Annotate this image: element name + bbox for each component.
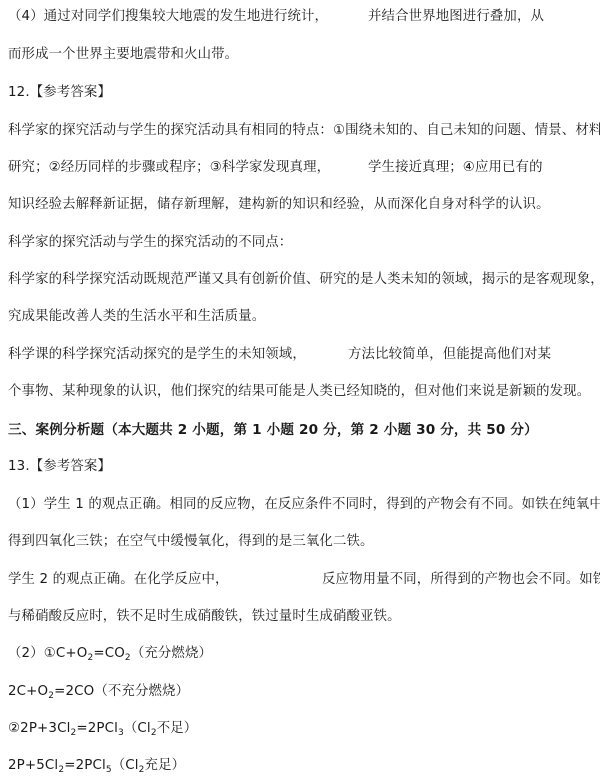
paragraph-line: 而形成一个世界主要地震带和火山带。 bbox=[8, 45, 238, 65]
paragraph-line: 科学家的科学探究活动既规范严谨又具有创新价值、研究的是人类未知的领域，揭示的是客… bbox=[8, 270, 600, 290]
paragraph-line: 究成果能改善人类的生活水平和生活质量。 bbox=[8, 307, 265, 327]
section-heading: 三、案例分析题（本大题共 2 小题，第 1 小题 20 分，第 2 小题 30 … bbox=[8, 420, 538, 440]
paragraph-line: 个事物、某种现象的认识，他们探究的结果可能是人类已经知晓的，但对他们来说是新颖的… bbox=[8, 382, 590, 402]
text-segment-right: 并结合世界地图进行叠加，从 bbox=[368, 7, 544, 27]
answer-label-13: 13.【参考答案】 bbox=[8, 457, 111, 477]
equation-note: （Cl bbox=[112, 758, 139, 773]
paragraph-line: 科学家的探究活动与学生的探究活动的不同点： bbox=[8, 233, 292, 253]
paragraph-line: 与稀硝酸反应时，铁不足时生成硝酸铁，铁过量时生成硝酸亚铁。 bbox=[8, 607, 401, 627]
text-segment-right: 方法比较简单，但能提高他们对某 bbox=[348, 345, 551, 365]
equation-text: =2CO（不充分燃烧） bbox=[54, 684, 189, 699]
document-page: （4）通过对同学们搜集较大地震的发生地进行统计， 并结合世界地图进行叠加，从 而… bbox=[0, 0, 600, 780]
paragraph-line: 科学家的探究活动与学生的探究活动具有相同的特点：①围绕未知的、自己未知的问题、情… bbox=[8, 121, 600, 141]
equation-prefix: ② bbox=[8, 721, 20, 736]
text-segment-left: 科学课的科学探究活动探究的是学生的未知领域， bbox=[8, 345, 306, 365]
equation-text: C+O bbox=[56, 646, 88, 661]
equation-note: 不足） bbox=[157, 721, 198, 736]
text-segment-left: 学生 2 的观点正确。在化学反应中， bbox=[8, 570, 229, 590]
text-segment-right: 学生接近真理；④应用已有的 bbox=[368, 158, 543, 178]
equation-text: =CO bbox=[93, 646, 125, 661]
text-segment-left: （4）通过对同学们搜集较大地震的发生地进行统计， bbox=[8, 7, 328, 27]
text-segment-left: 研究；②经历同样的步骤或程序；③科学家发现真理， bbox=[8, 158, 330, 178]
paragraph-line: （1）学生 1 的观点正确。相同的反应物，在反应条件不同时，得到的产物会有不同。… bbox=[8, 495, 600, 515]
paragraph-line: 知识经验去解释新证据，储存新理解，建构新的知识和经验，从而深化自身对科学的认识。 bbox=[8, 195, 550, 215]
equation-text: =2PCl bbox=[76, 721, 118, 736]
paragraph-line: 得到四氧化三铁；在空气中缓慢氧化，得到的是三氧化二铁。 bbox=[8, 532, 374, 552]
equation-text: 2P+3Cl bbox=[20, 721, 70, 736]
equation-text: 2P+5Cl bbox=[8, 758, 58, 773]
equation-text: 2C+O bbox=[8, 684, 48, 699]
answer-label-12: 12.【参考答案】 bbox=[8, 83, 111, 103]
equation-note: 充足） bbox=[145, 758, 186, 773]
equation-line-2: 2C+O2=2CO（不充分燃烧） bbox=[8, 682, 189, 702]
equation-line-4: 2P+5Cl2=2PCl5（Cl2充足） bbox=[8, 756, 185, 776]
equation-line-1: （2）①C+O2=CO2（充分燃烧） bbox=[8, 644, 212, 664]
text-segment-right: 反应物用量不同，所得到的产物也会不同。如铁 bbox=[322, 570, 600, 590]
equation-note: （Cl bbox=[124, 721, 151, 736]
equation-prefix: （2）① bbox=[8, 646, 56, 661]
equation-line-3: ②2P+3Cl2=2PCl3（Cl2不足） bbox=[8, 719, 197, 739]
equation-text: =2PCl bbox=[64, 758, 106, 773]
equation-note: （充分燃烧） bbox=[131, 646, 212, 661]
